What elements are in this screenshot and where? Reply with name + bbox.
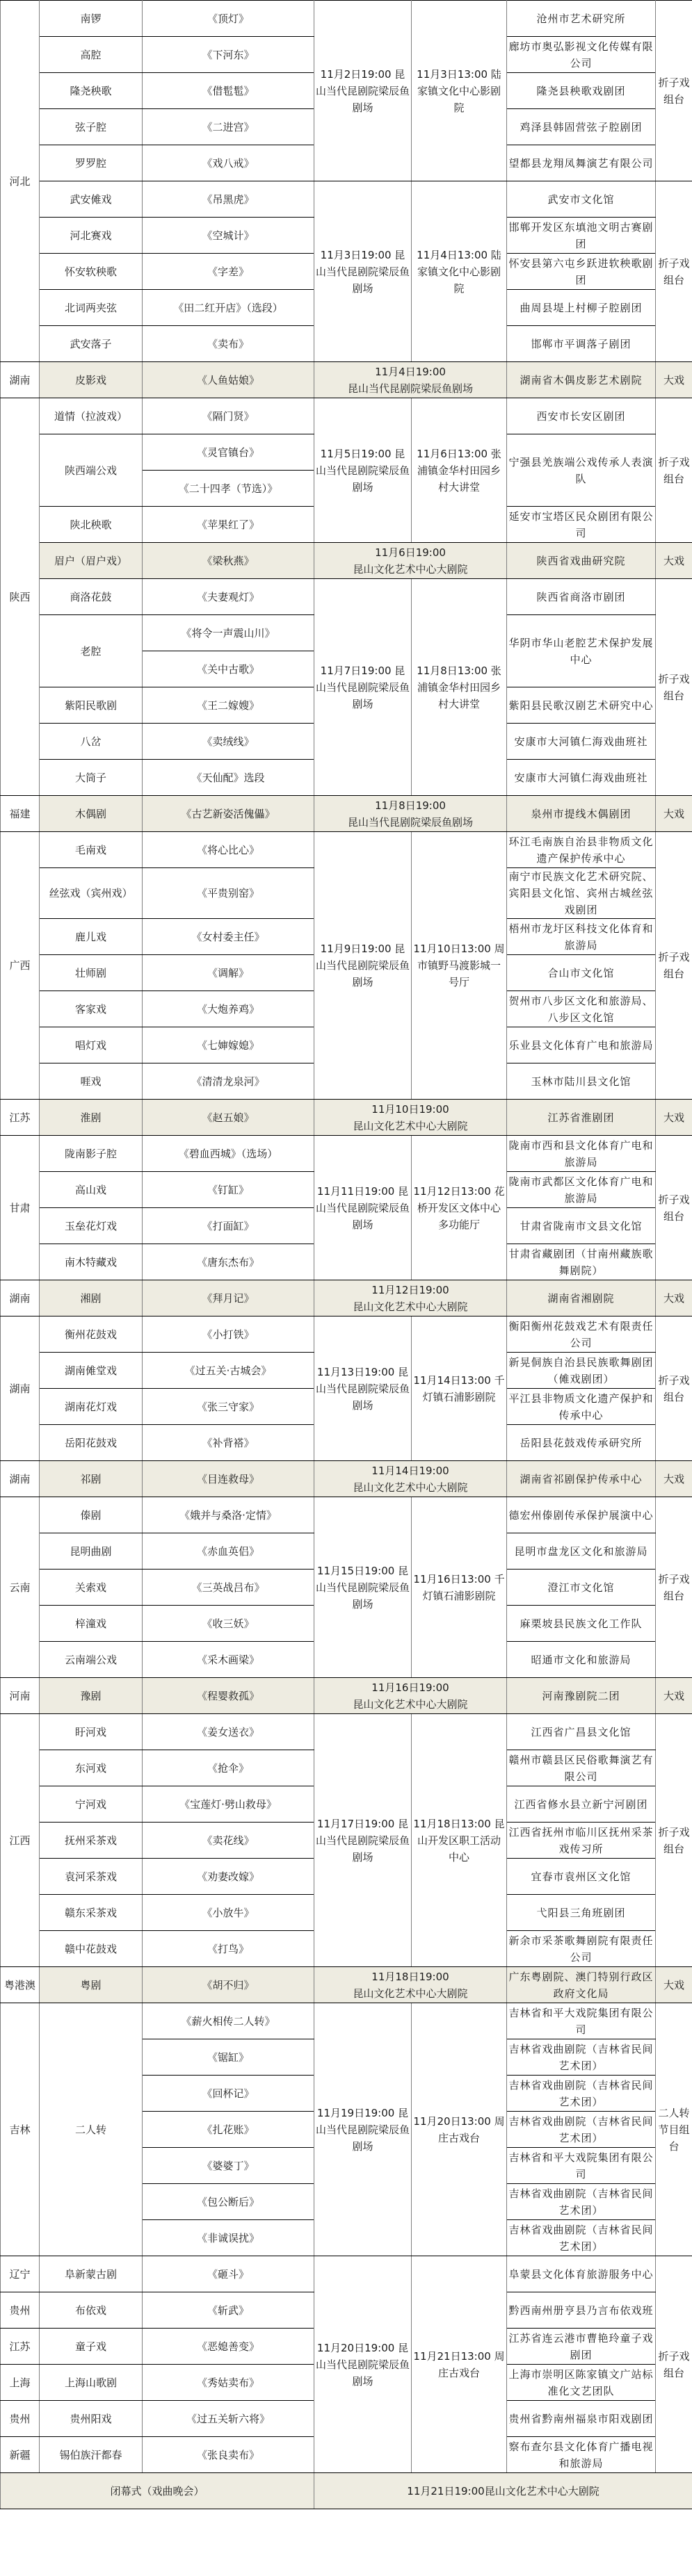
title-cell: 《抢伞》 — [143, 1750, 314, 1786]
title-cell: 《吊黑虎》 — [143, 181, 314, 218]
province-cell: 贵州 — [1, 2401, 40, 2437]
troupe-cell: 沧州市艺术研究所 — [507, 1, 656, 37]
genre-cell: 童子戏 — [40, 2329, 143, 2365]
troupe-cell: 吉林省戏曲剧院（吉林省民间艺术团） — [507, 2220, 656, 2256]
troupe-cell: 环江毛南族自治县非物质文化遗产保护传承中心 — [507, 832, 656, 868]
show-time: 11月6日19:00 — [316, 544, 505, 561]
title-cell: 《胡不归》 — [143, 1967, 314, 2003]
table-row: 江西盱河戏《姜女送衣》11月17日19:00 昆山当代昆剧院梁辰鱼剧场11月18… — [1, 1714, 692, 1750]
show-time: 11月16日19:00 — [316, 1679, 505, 1696]
genre-cell: 壮师剧 — [40, 955, 143, 991]
tour-venue-cell: 11月10日13:00 周市镇野马渡影城一号厅 — [412, 832, 507, 1100]
troupe-cell: 陇南市武都区文化体育广电和旅游局 — [507, 1172, 656, 1208]
show-time: 11月4日19:00 — [316, 364, 505, 380]
title-cell: 《赤血英侣》 — [143, 1533, 314, 1570]
title-cell: 《薪火相传二人转》 — [143, 2003, 314, 2039]
title-cell: 《二十四孝（节选）》 — [143, 471, 314, 507]
title-cell: 《收三妖》 — [143, 1606, 314, 1642]
troupe-cell: 察布查尔县文化体育广播电视和旅游局 — [507, 2437, 656, 2473]
title-cell: 《扎花账》 — [143, 2112, 314, 2148]
type-cell: 大戏 — [656, 543, 692, 579]
table-row: 河南豫剧《程婴救孤》11月16日19:00昆山文化艺术中心大剧院河南豫剧院二团大… — [1, 1678, 692, 1714]
genre-cell: 梓潼戏 — [40, 1606, 143, 1642]
troupe-cell: 平江县非物质文化遗产保护和传承中心 — [507, 1389, 656, 1425]
troupe-cell: 吉林省戏曲剧院（吉林省民间艺术团） — [507, 2112, 656, 2148]
type-cell: 大戏 — [656, 1967, 692, 2003]
title-cell: 《娥并与桑洛·定情》 — [143, 1497, 314, 1533]
province-cell: 辽宁 — [1, 2256, 40, 2292]
genre-cell: 丝弦戏（宾州戏） — [40, 868, 143, 919]
table-row: 眉户（眉户戏）《梁秋燕》11月6日19:00昆山文化艺术中心大剧院陕西省戏曲研究… — [1, 543, 692, 579]
type-cell: 折子戏组台 — [656, 832, 692, 1100]
show-venue: 昆山文化艺术中心大剧院 — [316, 1479, 505, 1496]
genre-cell: 布依戏 — [40, 2292, 143, 2329]
troupe-cell: 隆尧县秧歌戏剧团 — [507, 73, 656, 109]
troupe-cell: 吉林省和平大戏院集团有限公司 — [507, 2148, 656, 2184]
genre-cell: 高山戏 — [40, 1172, 143, 1208]
title-cell: 《宝莲灯·劈山救母》 — [143, 1786, 314, 1823]
show-venue: 昆山文化艺术中心大剧院 — [316, 1118, 505, 1134]
main-venue-cell: 11月17日19:00 昆山当代昆剧院梁辰鱼剧场 — [314, 1714, 412, 1967]
table-row: 湖南湘剧《拜月记》11月12日19:00昆山文化艺术中心大剧院湖南省湘剧院大戏 — [1, 1280, 692, 1316]
genre-cell: 傣剧 — [40, 1497, 143, 1533]
genre-cell: 河北赛戏 — [40, 218, 143, 254]
main-venue-cell: 11月11日19:00 昆山当代昆剧院梁辰鱼剧场 — [314, 1136, 412, 1280]
genre-cell: 隆尧秧歌 — [40, 73, 143, 109]
genre-cell: 祁剧 — [40, 1461, 143, 1497]
troupe-cell: 昭通市文化和旅游局 — [507, 1642, 656, 1678]
table-row: 福建木偶剧《古艺新姿活傀儡》11月8日19:00昆山当代昆剧院梁辰鱼剧场泉州市提… — [1, 796, 692, 832]
genre-cell: 锡伯族汗都春 — [40, 2437, 143, 2473]
troupe-cell: 江西省广昌县文化馆 — [507, 1714, 656, 1750]
troupe-cell: 吉林省戏曲剧院（吉林省民间艺术团） — [507, 2039, 656, 2076]
troupe-cell: 鸡泽县韩固营弦子腔剧团 — [507, 109, 656, 145]
troupe-cell: 阜蒙县文化体育旅游服务中心 — [507, 2256, 656, 2292]
table-row: 闭幕式（戏曲晚会）11月21日19:00昆山文化艺术中心大剧院 — [1, 2473, 692, 2509]
troupe-cell: 德宏州傣剧传承保护展演中心 — [507, 1497, 656, 1533]
troupe-cell: 江苏省连云港市曹艳玲童子戏剧团 — [507, 2329, 656, 2365]
troupe-cell: 广东粤剧院、澳门特别行政区政府文化局 — [507, 1967, 656, 2003]
genre-cell: 粤剧 — [40, 1967, 143, 2003]
title-cell: 《回杯记》 — [143, 2076, 314, 2112]
table-row: 甘肃陇南影子腔《碧血西城》（选场）11月11日19:00 昆山当代昆剧院梁辰鱼剧… — [1, 1136, 692, 1172]
genre-cell: 南木特藏戏 — [40, 1244, 143, 1280]
table-row: 广西毛南戏《将心比心》11月9日19:00 昆山当代昆剧院梁辰鱼剧场11月10日… — [1, 832, 692, 868]
genre-cell: 东河戏 — [40, 1750, 143, 1786]
troupe-cell: 乐业县文化体育广电和旅游局 — [507, 1027, 656, 1063]
troupe-cell: 陇南市西和县文化体育广电和旅游局 — [507, 1136, 656, 1172]
troupe-cell: 江西省抚州市临川区抚州采茶戏传习所 — [507, 1823, 656, 1859]
troupe-cell: 安康市大河镇仁海戏曲班社 — [507, 760, 656, 796]
genre-cell: 关索戏 — [40, 1570, 143, 1606]
title-cell: 《砸斗》 — [143, 2256, 314, 2292]
venue-cell: 11月8日19:00昆山当代昆剧院梁辰鱼剧场 — [314, 796, 507, 832]
type-cell: 折子戏组台 — [656, 1316, 692, 1461]
main-venue-cell: 11月20日19:00 昆山当代昆剧院梁辰鱼剧场 — [314, 2256, 412, 2473]
province-cell: 湖南 — [1, 1461, 40, 1497]
title-cell: 《梁秋燕》 — [143, 543, 314, 579]
troupe-cell: 弋阳县三角班剧团 — [507, 1895, 656, 1931]
title-cell: 《关中古歌》 — [143, 651, 314, 687]
type-cell: 大戏 — [656, 796, 692, 832]
troupe-cell: 新晃侗族自治县民族歌舞剧团（傩戏剧团） — [507, 1353, 656, 1389]
genre-cell: 袁河采茶戏 — [40, 1859, 143, 1895]
table-row: 湖南祁剧《目连救母》11月14日19:00昆山文化艺术中心大剧院湖南省祁剧保护传… — [1, 1461, 692, 1497]
troupe-cell: 昆明市盘龙区文化和旅游局 — [507, 1533, 656, 1570]
troupe-cell: 江西省修水县立新宁河剧团 — [507, 1786, 656, 1823]
venue-cell: 11月14日19:00昆山文化艺术中心大剧院 — [314, 1461, 507, 1497]
table-row: 武安傩戏《吊黑虎》11月3日19:00 昆山当代昆剧院梁辰鱼剧场11月4日13:… — [1, 181, 692, 218]
province-cell: 江西 — [1, 1714, 40, 1967]
troupe-cell: 岳阳县花鼓戏传承研究所 — [507, 1425, 656, 1461]
title-cell: 《婆婆丁》 — [143, 2148, 314, 2184]
show-time: 11月14日19:00 — [316, 1462, 505, 1479]
troupe-cell: 武安市文化馆 — [507, 181, 656, 218]
show-venue: 昆山文化艺术中心大剧院 — [316, 1985, 505, 2002]
venue-cell: 11月4日19:00昆山当代昆剧院梁辰鱼剧场 — [314, 362, 507, 398]
main-venue-cell: 11月15日19:00 昆山当代昆剧院梁辰鱼剧场 — [314, 1497, 412, 1678]
troupe-cell: 廊坊市奥弘影视文化传媒有限公司 — [507, 37, 656, 73]
type-cell: 大戏 — [656, 1678, 692, 1714]
venue-cell: 11月12日19:00昆山文化艺术中心大剧院 — [314, 1280, 507, 1316]
type-cell: 折子戏组台 — [656, 1136, 692, 1280]
troupe-cell: 赣州市赣县区民俗歌舞演艺有限公司 — [507, 1750, 656, 1786]
troupe-cell: 宁强县羌族端公戏传承人表演队 — [507, 434, 656, 507]
troupe-cell: 衡阳衡州花鼓戏艺术有限责任公司 — [507, 1316, 656, 1353]
province-cell: 湖南 — [1, 362, 40, 398]
title-cell: 《秀姑卖布》 — [143, 2365, 314, 2401]
troupe-cell: 合山市文化馆 — [507, 955, 656, 991]
troupe-cell: 怀安县第六屯乡跃进软秧歌剧团 — [507, 254, 656, 290]
province-cell: 江苏 — [1, 2329, 40, 2365]
title-cell: 《卖布》 — [143, 326, 314, 362]
title-cell: 《小放牛》 — [143, 1895, 314, 1931]
title-cell: 《顶灯》 — [143, 1, 314, 37]
province-cell: 陕西 — [1, 398, 40, 796]
genre-cell: 弦子腔 — [40, 109, 143, 145]
troupe-cell: 安康市大河镇仁海戏曲班社 — [507, 724, 656, 760]
genre-cell: 武安傩戏 — [40, 181, 143, 218]
main-venue-cell: 11月13日19:00 昆山当代昆剧院梁辰鱼剧场 — [314, 1316, 412, 1461]
troupe-cell: 湖南省祁剧保护传承中心 — [507, 1461, 656, 1497]
genre-cell: 玉垒花灯戏 — [40, 1208, 143, 1244]
province-cell: 湖南 — [1, 1316, 40, 1461]
title-cell: 《二进宫》 — [143, 109, 314, 145]
type-cell: 折子戏组台 — [656, 1714, 692, 1967]
province-cell: 福建 — [1, 796, 40, 832]
table-row: 湖南衡州花鼓戏《小打铁》11月13日19:00 昆山当代昆剧院梁辰鱼剧场11月1… — [1, 1316, 692, 1353]
title-cell: 《借髢髢》 — [143, 73, 314, 109]
type-cell: 折子戏组台 — [656, 1497, 692, 1678]
title-cell: 《小打铁》 — [143, 1316, 314, 1353]
genre-cell: 紫阳民歌剧 — [40, 687, 143, 724]
genre-cell: 宁河戏 — [40, 1786, 143, 1823]
tour-venue-cell: 11月18日13:00 昆山开发区职工活动中心 — [412, 1714, 507, 1967]
title-cell: 《苹果红了》 — [143, 507, 314, 543]
type-cell: 大戏 — [656, 1100, 692, 1136]
table-row: 商洛花鼓《夫妻观灯》11月7日19:00 昆山当代昆剧院梁辰鱼剧场11月8日13… — [1, 579, 692, 615]
show-venue: 昆山当代昆剧院梁辰鱼剧场 — [316, 380, 505, 397]
genre-cell: 武安落子 — [40, 326, 143, 362]
genre-cell: 陕北秧歌 — [40, 507, 143, 543]
title-cell: 《钉缸》 — [143, 1172, 314, 1208]
province-cell: 贵州 — [1, 2292, 40, 2329]
main-venue-cell: 11月19日19:00 昆山当代昆剧院梁辰鱼剧场 — [314, 2003, 412, 2256]
genre-cell: 皮影戏 — [40, 362, 143, 398]
troupe-cell: 陕西省商洛市剧团 — [507, 579, 656, 615]
troupe-cell: 宜春市袁州区文化馆 — [507, 1859, 656, 1895]
troupe-cell: 泉州市提线木偶剧团 — [507, 796, 656, 832]
title-cell: 《打面缸》 — [143, 1208, 314, 1244]
genre-cell: 衡州花鼓戏 — [40, 1316, 143, 1353]
genre-cell: 湘剧 — [40, 1280, 143, 1316]
genre-cell: 赣中花鼓戏 — [40, 1931, 143, 1967]
title-cell: 《劝妻改嫁》 — [143, 1859, 314, 1895]
title-cell: 《三英战吕布》 — [143, 1570, 314, 1606]
title-cell: 《程婴救孤》 — [143, 1678, 314, 1714]
title-cell: 《包公断后》 — [143, 2184, 314, 2220]
province-cell: 河北 — [1, 1, 40, 362]
troupe-cell: 黔西南州册亨县乃言布依戏班 — [507, 2292, 656, 2329]
troupe-cell: 吉林省和平大戏院集团有限公司 — [507, 2003, 656, 2039]
troupe-cell: 甘肃省陇南市文县文化馆 — [507, 1208, 656, 1244]
closing-label: 闭幕式（戏曲晚会） — [1, 2473, 314, 2509]
type-cell: 折子戏组台 — [656, 398, 692, 543]
title-cell: 《田二红开店》（选段） — [143, 290, 314, 326]
table-row: 辽宁阜新蒙古剧《砸斗》11月20日19:00 昆山当代昆剧院梁辰鱼剧场11月21… — [1, 2256, 692, 2292]
table-row: 湖南皮影戏《人鱼姑娘》11月4日19:00昆山当代昆剧院梁辰鱼剧场湖南省木偶皮影… — [1, 362, 692, 398]
venue-cell: 11月18日19:00昆山文化艺术中心大剧院 — [314, 1967, 507, 2003]
troupe-cell: 陕西省戏曲研究院 — [507, 543, 656, 579]
title-cell: 《卖花线》 — [143, 1823, 314, 1859]
tour-venue-cell: 11月4日13:00 陆家镇文化中心影剧院 — [412, 181, 507, 362]
genre-cell: 抚州采茶戏 — [40, 1823, 143, 1859]
troupe-cell: 江苏省淮剧团 — [507, 1100, 656, 1136]
troupe-cell: 玉林市陆川县文化馆 — [507, 1063, 656, 1100]
table-row: 云南傣剧《娥并与桑洛·定情》11月15日19:00 昆山当代昆剧院梁辰鱼剧场11… — [1, 1497, 692, 1533]
province-cell: 云南 — [1, 1497, 40, 1678]
show-venue: 昆山当代昆剧院梁辰鱼剧场 — [316, 814, 505, 831]
genre-cell: 阜新蒙古剧 — [40, 2256, 143, 2292]
genre-cell: 昆明曲剧 — [40, 1533, 143, 1570]
title-cell: 《打鸟》 — [143, 1931, 314, 1967]
title-cell: 《天仙配》选段 — [143, 760, 314, 796]
title-cell: 《卖绒线》 — [143, 724, 314, 760]
province-cell: 广西 — [1, 832, 40, 1100]
table-row: 吉林二人转《薪火相传二人转》11月19日19:00 昆山当代昆剧院梁辰鱼剧场11… — [1, 2003, 692, 2039]
title-cell: 《张三守家》 — [143, 1389, 314, 1425]
troupe-cell: 曲周县堤上村柳子腔剧团 — [507, 290, 656, 326]
table-row: 陕西道情（拉波戏）《隔门贤》11月5日19:00 昆山当代昆剧院梁辰鱼剧场11月… — [1, 398, 692, 434]
title-cell: 《夫妻观灯》 — [143, 579, 314, 615]
show-time: 11月12日19:00 — [316, 1282, 505, 1298]
performance-schedule-table: 河北南锣《顶灯》11月2日19:00 昆山当代昆剧院梁辰鱼剧场11月3日13:0… — [0, 0, 692, 2509]
tour-venue-cell: 11月14日13:00 千灯镇石浦影剧院 — [412, 1316, 507, 1461]
genre-cell: 八岔 — [40, 724, 143, 760]
troupe-cell: 延安市宝塔区民众剧团有限公司 — [507, 507, 656, 543]
genre-cell: 岳阳花鼓戏 — [40, 1425, 143, 1461]
title-cell: 《调解》 — [143, 955, 314, 991]
type-cell: 大戏 — [656, 1461, 692, 1497]
main-venue-cell: 11月2日19:00 昆山当代昆剧院梁辰鱼剧场 — [314, 1, 412, 181]
province-cell: 江苏 — [1, 1100, 40, 1136]
show-time: 11月10日19:00 — [316, 1101, 505, 1118]
troupe-cell: 邯郸市平调落子剧团 — [507, 326, 656, 362]
province-cell: 粤港澳 — [1, 1967, 40, 2003]
title-cell: 《碧血西城》（选场） — [143, 1136, 314, 1172]
title-cell: 《下河东》 — [143, 37, 314, 73]
genre-cell: 商洛花鼓 — [40, 579, 143, 615]
genre-cell: 湖南傩堂戏 — [40, 1353, 143, 1389]
table-row: 江苏淮剧《赵五娘》11月10日19:00昆山文化艺术中心大剧院江苏省淮剧团大戏 — [1, 1100, 692, 1136]
troupe-cell: 新余市采茶歌舞剧院有限责任公司 — [507, 1931, 656, 1967]
title-cell: 《张良卖布》 — [143, 2437, 314, 2473]
title-cell: 《将心比心》 — [143, 832, 314, 868]
show-time: 11月18日19:00 — [316, 1968, 505, 1985]
province-cell: 新疆 — [1, 2437, 40, 2473]
main-venue-cell: 11月7日19:00 昆山当代昆剧院梁辰鱼剧场 — [314, 579, 412, 796]
title-cell: 《过五关斩六将》 — [143, 2401, 314, 2437]
venue-cell: 11月10日19:00昆山文化艺术中心大剧院 — [314, 1100, 507, 1136]
genre-cell: 大筒子 — [40, 760, 143, 796]
genre-cell: 盱河戏 — [40, 1714, 143, 1750]
tour-venue-cell: 11月16日13:00 千灯镇石浦影剧院 — [412, 1497, 507, 1678]
troupe-cell: 邯郸开发区东填池文明古赛剧团 — [507, 218, 656, 254]
title-cell: 《隔门贤》 — [143, 398, 314, 434]
title-cell: 《赵五娘》 — [143, 1100, 314, 1136]
troupe-cell: 望都县龙翔凤舞演艺有限公司 — [507, 145, 656, 181]
genre-cell: 老腔 — [40, 615, 143, 687]
main-venue-cell: 11月3日19:00 昆山当代昆剧院梁辰鱼剧场 — [314, 181, 412, 362]
title-cell: 《将令一声震山川》 — [143, 615, 314, 651]
genre-cell: 高腔 — [40, 37, 143, 73]
title-cell: 《采木画梁》 — [143, 1642, 314, 1678]
title-cell: 《过五关·古城会》 — [143, 1353, 314, 1389]
title-cell: 《空城计》 — [143, 218, 314, 254]
title-cell: 《七婶嫁媳》 — [143, 1027, 314, 1063]
type-cell: 折子戏组台 — [656, 181, 692, 362]
title-cell: 《灵官镇台》 — [143, 434, 314, 471]
genre-cell: 鹿儿戏 — [40, 919, 143, 955]
tour-venue-cell: 11月12日13:00 花桥开发区文体中心多功能厅 — [412, 1136, 507, 1280]
genre-cell: 客家戏 — [40, 991, 143, 1027]
troupe-cell: 贵州省黔南州福泉市阳戏剧团 — [507, 2401, 656, 2437]
title-cell: 《平贵别窑》 — [143, 868, 314, 919]
title-cell: 《拜月记》 — [143, 1280, 314, 1316]
title-cell: 《清清龙泉河》 — [143, 1063, 314, 1100]
troupe-cell: 上海市崇明区陈家镇文广站标准化文艺团队 — [507, 2365, 656, 2401]
province-cell: 河南 — [1, 1678, 40, 1714]
genre-cell: 上海山歌剧 — [40, 2365, 143, 2401]
title-cell: 《戏八戒》 — [143, 145, 314, 181]
genre-cell: 云南端公戏 — [40, 1642, 143, 1678]
main-venue-cell: 11月5日19:00 昆山当代昆剧院梁辰鱼剧场 — [314, 398, 412, 543]
genre-cell: 怀安软秧歌 — [40, 254, 143, 290]
title-cell: 《斩武》 — [143, 2292, 314, 2329]
troupe-cell: 麻栗坡县民族文化工作队 — [507, 1606, 656, 1642]
genre-cell: 陕西端公戏 — [40, 434, 143, 507]
tour-venue-cell: 11月6日13:00 张浦镇金华村田园乡村大讲堂 — [412, 398, 507, 543]
venue-cell: 11月6日19:00昆山文化艺术中心大剧院 — [314, 543, 507, 579]
main-venue-cell: 11月9日19:00 昆山当代昆剧院梁辰鱼剧场 — [314, 832, 412, 1100]
troupe-cell: 西安市长安区剧团 — [507, 398, 656, 434]
type-cell: 大戏 — [656, 1280, 692, 1316]
troupe-cell: 吉林省戏曲剧院（吉林省民间艺术团） — [507, 2076, 656, 2112]
genre-cell: 淮剧 — [40, 1100, 143, 1136]
province-cell: 甘肃 — [1, 1136, 40, 1280]
genre-cell: 木偶剧 — [40, 796, 143, 832]
show-venue: 昆山文化艺术中心大剧院 — [316, 1696, 505, 1713]
type-cell: 折子戏组台 — [656, 579, 692, 796]
genre-cell: 毛南戏 — [40, 832, 143, 868]
genre-cell: 陇南影子腔 — [40, 1136, 143, 1172]
province-cell: 上海 — [1, 2365, 40, 2401]
venue-cell: 11月16日19:00昆山文化艺术中心大剧院 — [314, 1678, 507, 1714]
province-cell: 吉林 — [1, 2003, 40, 2256]
title-cell: 《女村委主任》 — [143, 919, 314, 955]
genre-cell: 啀戏 — [40, 1063, 143, 1100]
genre-cell: 南锣 — [40, 1, 143, 37]
genre-cell: 北词两夹弦 — [40, 290, 143, 326]
show-venue: 昆山文化艺术中心大剧院 — [316, 561, 505, 578]
title-cell: 《古艺新姿活傀儡》 — [143, 796, 314, 832]
title-cell: 《字差》 — [143, 254, 314, 290]
troupe-cell: 河南豫剧院二团 — [507, 1678, 656, 1714]
type-cell: 折子戏组台 — [656, 2256, 692, 2473]
table-row: 粤港澳粤剧《胡不归》11月18日19:00昆山文化艺术中心大剧院广东粤剧院、澳门… — [1, 1967, 692, 2003]
show-venue: 昆山文化艺术中心大剧院 — [316, 1298, 505, 1315]
troupe-cell: 紫阳县民歌汉剧艺术研究中心 — [507, 687, 656, 724]
troupe-cell: 甘肃省藏剧团（甘南州藏族歌舞剧院） — [507, 1244, 656, 1280]
genre-cell: 眉户（眉户戏） — [40, 543, 143, 579]
genre-cell: 罗罗腔 — [40, 145, 143, 181]
troupe-cell: 吉林省戏曲剧院（吉林省民间艺术团） — [507, 2184, 656, 2220]
title-cell: 《补背褡》 — [143, 1425, 314, 1461]
tour-venue-cell: 11月21日13:00 周庄古戏台 — [412, 2256, 507, 2473]
closing-info: 11月21日19:00昆山文化艺术中心大剧院 — [314, 2473, 692, 2509]
tour-venue-cell: 11月20日13:00 周庄古戏台 — [412, 2003, 507, 2256]
title-cell: 《唐东杰布》 — [143, 1244, 314, 1280]
troupe-cell: 梧州市龙圩区科技文化体育和旅游局 — [507, 919, 656, 955]
title-cell: 《王二嫁嫂》 — [143, 687, 314, 724]
tour-venue-cell: 11月8日13:00 张浦镇金华村田园乡村大讲堂 — [412, 579, 507, 796]
tour-venue-cell: 11月3日13:00 陆家镇文化中心影剧院 — [412, 1, 507, 181]
province-cell: 湖南 — [1, 1280, 40, 1316]
genre-cell: 豫剧 — [40, 1678, 143, 1714]
title-cell: 《锯缸》 — [143, 2039, 314, 2076]
troupe-cell: 南宁市民族文化艺术研究院、宾阳县文化馆、宾州古城丝弦戏剧团 — [507, 868, 656, 919]
genre-cell: 湖南花灯戏 — [40, 1389, 143, 1425]
genre-cell: 道情（拉波戏） — [40, 398, 143, 434]
genre-cell: 贵州阳戏 — [40, 2401, 143, 2437]
genre-cell: 赣东采茶戏 — [40, 1895, 143, 1931]
troupe-cell: 华阴市华山老腔艺术保护发展中心 — [507, 615, 656, 687]
genre-cell: 唱灯戏 — [40, 1027, 143, 1063]
troupe-cell: 湖南省木偶皮影艺术剧院 — [507, 362, 656, 398]
troupe-cell: 贺州市八步区文化和旅游局、八步区文化馆 — [507, 991, 656, 1027]
troupe-cell: 澄江市文化馆 — [507, 1570, 656, 1606]
title-cell: 《非诚误扰》 — [143, 2220, 314, 2256]
title-cell: 《大炮养鸡》 — [143, 991, 314, 1027]
troupe-cell: 湖南省湘剧院 — [507, 1280, 656, 1316]
type-cell: 大戏 — [656, 362, 692, 398]
genre-cell: 二人转 — [40, 2003, 143, 2256]
title-cell: 《目连救母》 — [143, 1461, 314, 1497]
table-row: 河北南锣《顶灯》11月2日19:00 昆山当代昆剧院梁辰鱼剧场11月3日13:0… — [1, 1, 692, 37]
type-cell: 二人转节目组台 — [656, 2003, 692, 2256]
title-cell: 《姜女送衣》 — [143, 1714, 314, 1750]
show-time: 11月8日19:00 — [316, 797, 505, 814]
